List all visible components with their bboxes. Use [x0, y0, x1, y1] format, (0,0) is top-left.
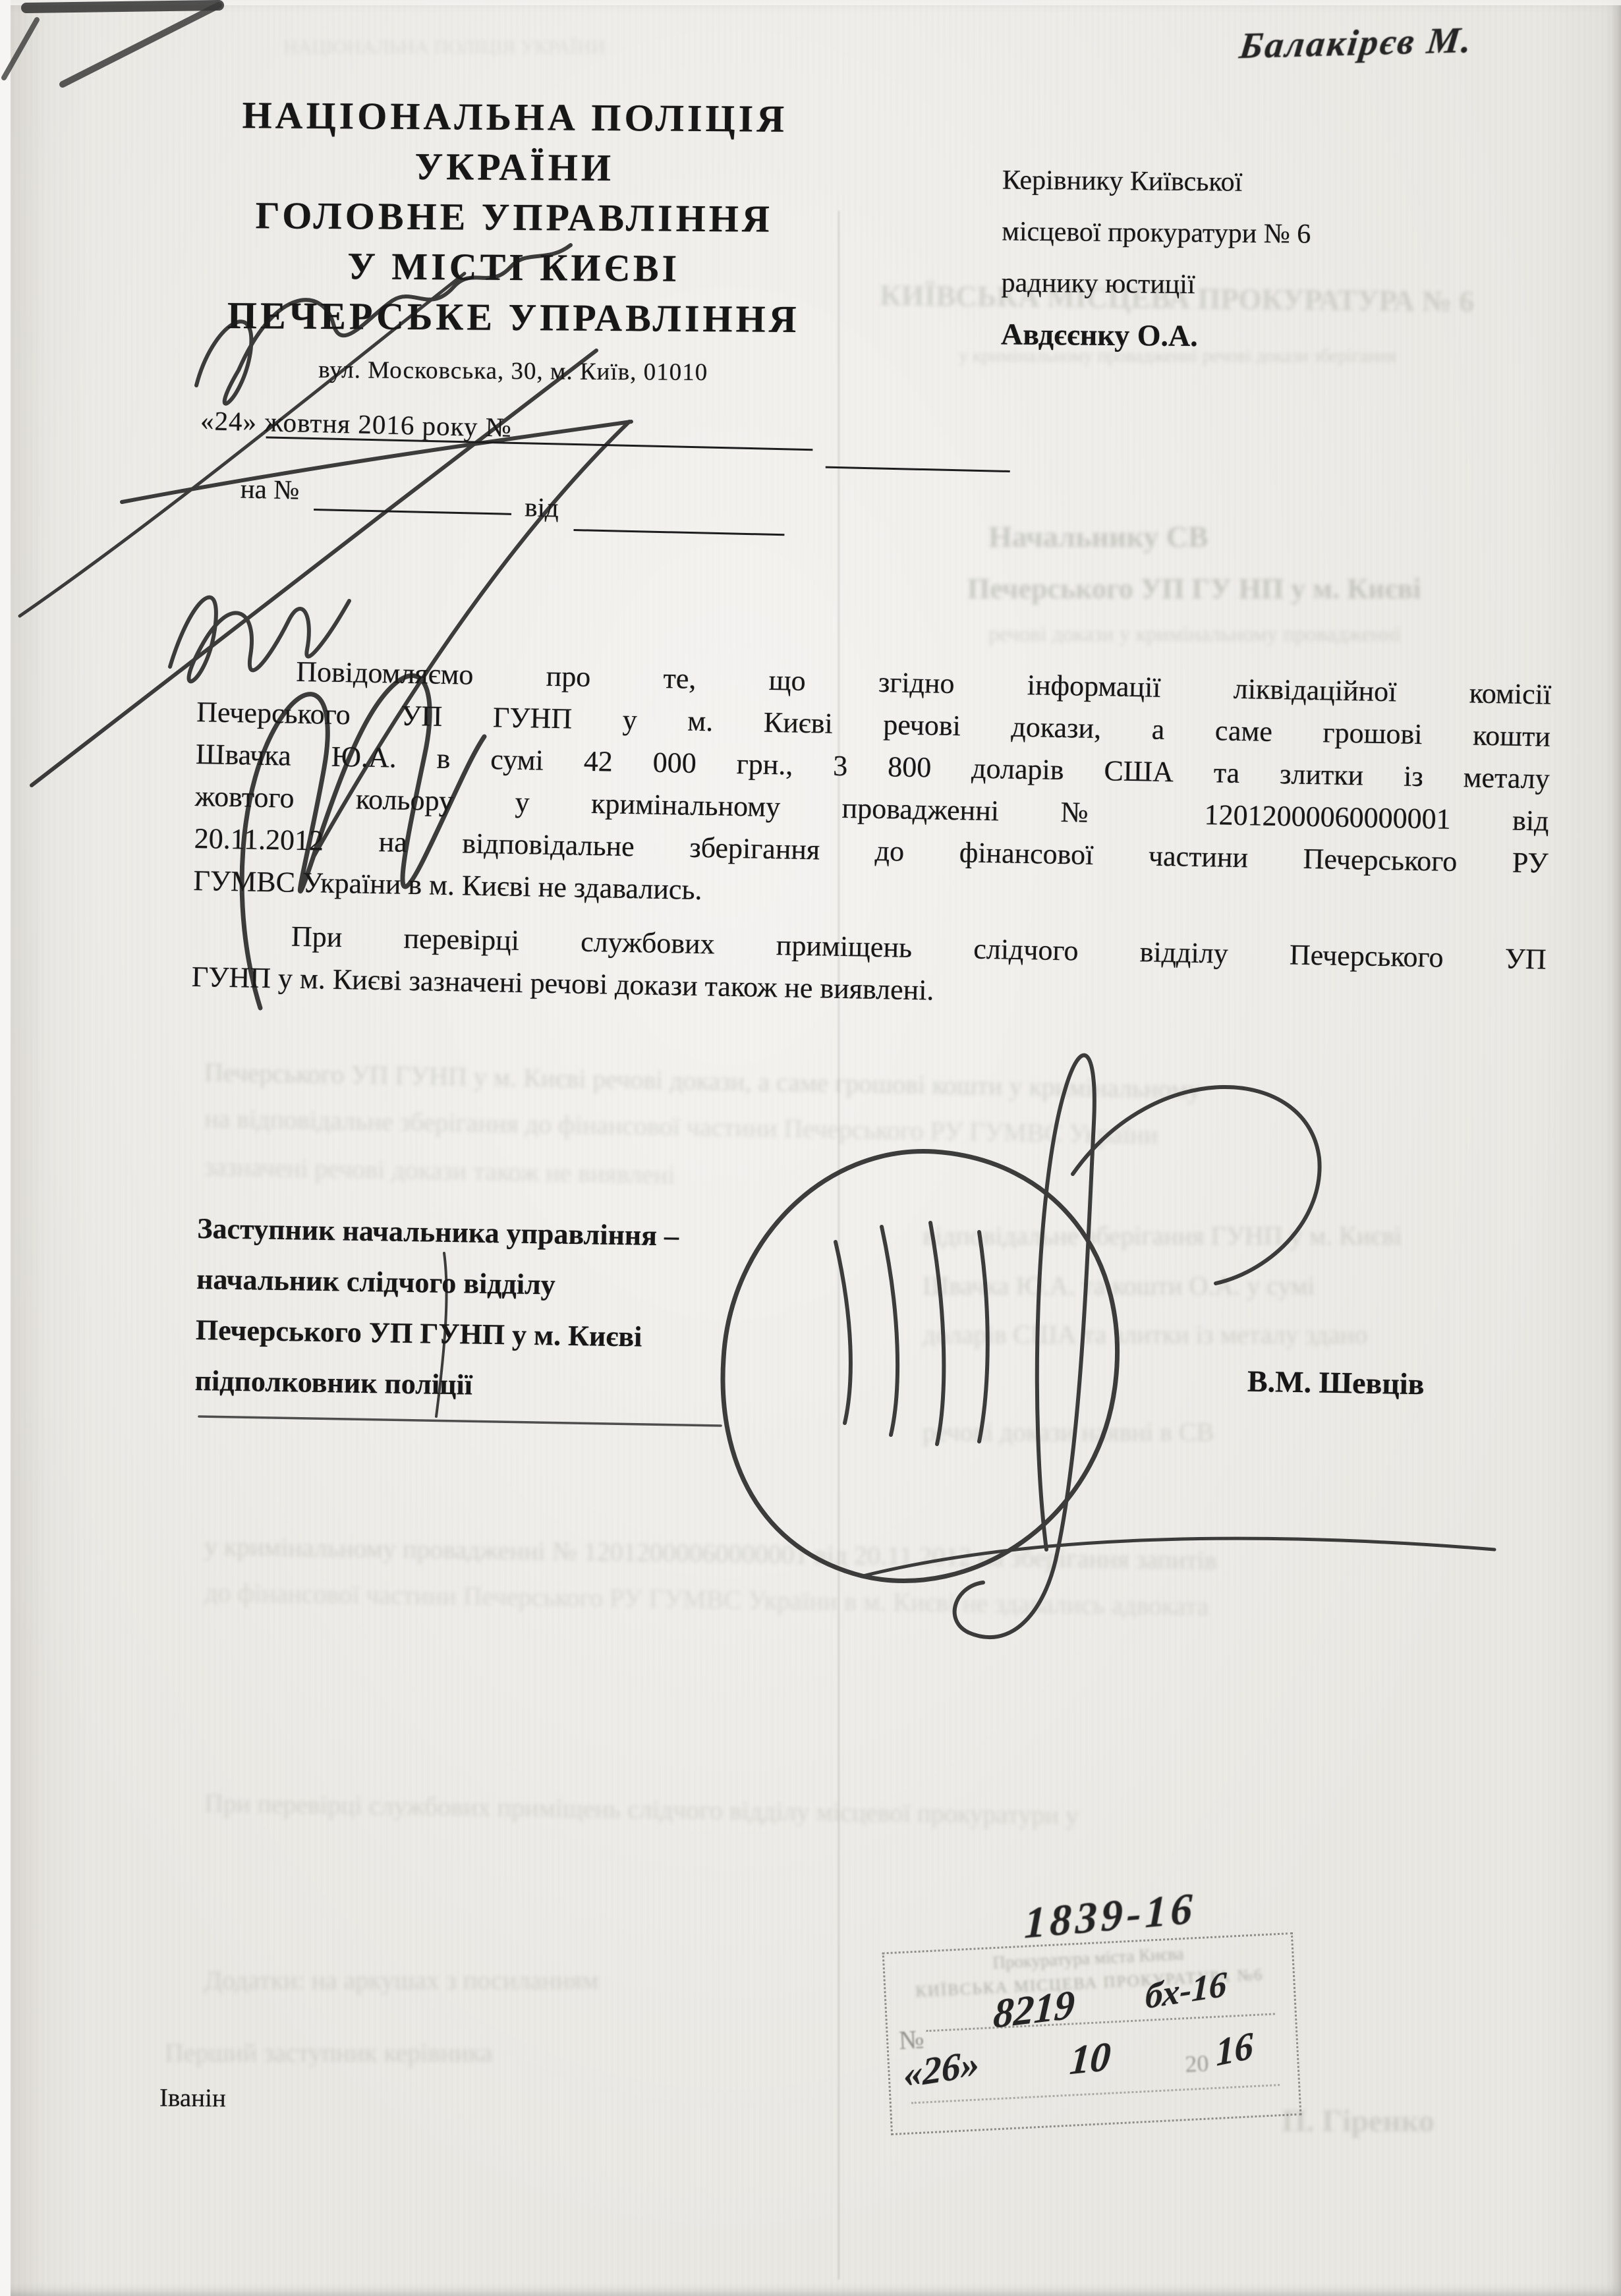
scan-edge-left: [0, 0, 11, 2296]
recipient-line: раднику юстиції: [1001, 258, 1529, 314]
bleedthrough-line: відповідальне зберігання ГУНП у м. Києві: [923, 1220, 1601, 1251]
recipient-block: Керівнику Київської місцевої прокуратури…: [1001, 155, 1530, 365]
handwritten-routing-name: Балакірєв М.: [1237, 19, 1476, 67]
number-underline: [826, 466, 1010, 472]
letterhead-address: вул. Московська, 30, м. Київ, 01010: [196, 345, 830, 399]
bleedthrough-line: речові докази у кримінальному провадженн…: [988, 623, 1568, 647]
letterhead-line: УКРАЇНИ: [198, 140, 832, 195]
bleedthrough-line: НАЦІОНАЛЬНА ПОЛІЦІЯ УКРАЇНИ: [283, 36, 692, 59]
letterhead-line: ГОЛОВНЕ УПРАВЛІННЯ: [198, 190, 831, 245]
letter-body: Повідомляємо про те, що згідно інформаці…: [191, 649, 1551, 1023]
stamp-year-handwritten: 16: [1215, 2023, 1254, 2075]
bleedthrough-line: доларів США та злитки із металу здано: [923, 1319, 1601, 1350]
date-line: «24» жовтня 2016 року №: [200, 405, 513, 443]
bleedthrough-line: Начальнику СВ: [988, 519, 1450, 554]
ref-from-label: від: [525, 491, 559, 523]
letterhead-line: НАЦІОНАЛЬНА ПОЛІЦІЯ: [198, 90, 832, 145]
stamp-number-handwritten: 8219: [992, 1981, 1076, 2038]
bleedthrough-line: Печерського УП ГУ НП у м. Києві: [967, 572, 1587, 605]
recipient-line: Керівнику Київської: [1002, 155, 1530, 211]
bleedthrough-signer-name: П. Гіренко: [1282, 2103, 1572, 2139]
executor-name: Іванін: [159, 2083, 226, 2114]
recipient-name: Авдєєнку О.А.: [1001, 309, 1529, 365]
bleedthrough-line: Швачка Ю.А. та кошти О.А. у сумі: [923, 1270, 1601, 1301]
recipient-line: місцевої прокуратури № 6: [1002, 206, 1529, 262]
letterhead-line: ПЕЧЕРСЬКЕ УПРАВЛІННЯ: [197, 291, 830, 345]
stamp-month-handwritten: 10: [1068, 2033, 1112, 2085]
signature-block: Заступник начальника управління – началь…: [194, 1203, 975, 1418]
ref-number-underline: [314, 509, 511, 515]
bleedthrough-line: Перший заступник керівника: [165, 2037, 824, 2068]
letterhead: НАЦІОНАЛЬНА ПОЛІЦІЯ УКРАЇНИ ГОЛОВНЕ УПРА…: [196, 90, 831, 399]
signer-name: В.М. Шевців: [1247, 1364, 1425, 1402]
ref-on-label: на №: [240, 473, 300, 506]
registration-stamp: Прокуратура міста Києва КИЇВСЬКА МІСЦЕВА…: [882, 1932, 1302, 2135]
letterhead-line: У МІСТІ КИЄВІ: [198, 240, 831, 295]
date-underline: [266, 436, 813, 451]
date-reference-block: «24» жовтня 2016 року № на № від: [194, 395, 1054, 599]
bleedthrough-line: речові докази наявні в СВ: [923, 1416, 1601, 1447]
scan-edge-top: [0, 0, 1621, 5]
ref-date-underline: [573, 529, 784, 536]
stamp-year-printed: 20: [1184, 2049, 1209, 2078]
scanned-letter-page: { "annotations": { "top_right_name": "Ба…: [0, 0, 1621, 2296]
